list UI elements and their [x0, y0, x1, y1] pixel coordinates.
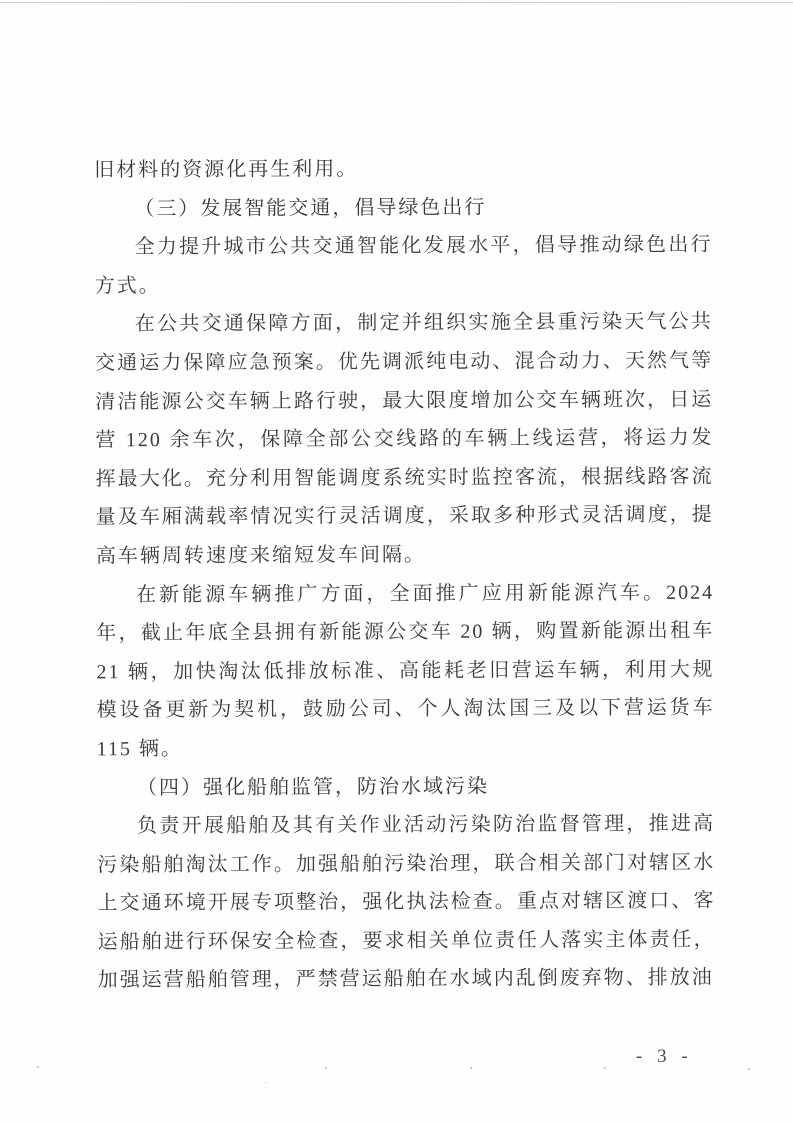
document-page: 旧材料的资源化再生利用。 （三）发展智能交通，倡导绿色出行 全力提升城市公共交通…	[0, 0, 793, 1123]
scan-speck	[604, 1067, 606, 1069]
scan-speck	[748, 1068, 750, 1070]
scan-speck	[470, 1067, 472, 1069]
section-heading-4: （四）强化船舶监管，防治水域污染	[97, 766, 715, 807]
page-number: - 3 -	[636, 1046, 693, 1068]
section-heading-3: （三）发展智能交通，倡导绿色出行	[94, 187, 712, 228]
paragraph: 负责开展船舶及其有关作业活动污染防治监督管理，推进高污染船舶淘汰工作。加强船舶污…	[97, 805, 716, 1001]
paragraph-continuation: 旧材料的资源化再生利用。	[94, 149, 712, 190]
paragraph: 在公共交通保障方面，制定并组织实施全县重污染天气公共交通运力保障应急预案。优先调…	[95, 303, 714, 576]
scan-speck	[265, 1082, 266, 1083]
scan-speck	[325, 1067, 327, 1069]
document-body: 旧材料的资源化再生利用。 （三）发展智能交通，倡导绿色出行 全力提升城市公共交通…	[94, 149, 716, 1001]
paragraph: 全力提升城市公共交通智能化发展水平，倡导推动绿色出行方式。	[94, 226, 712, 306]
scan-speck	[37, 1066, 39, 1068]
scan-edge-line	[0, 2, 793, 3]
paragraph: 在新能源车辆推广方面，全面推广应用新能源汽车。2024 年，截止年底全县拥有新能…	[96, 573, 715, 769]
